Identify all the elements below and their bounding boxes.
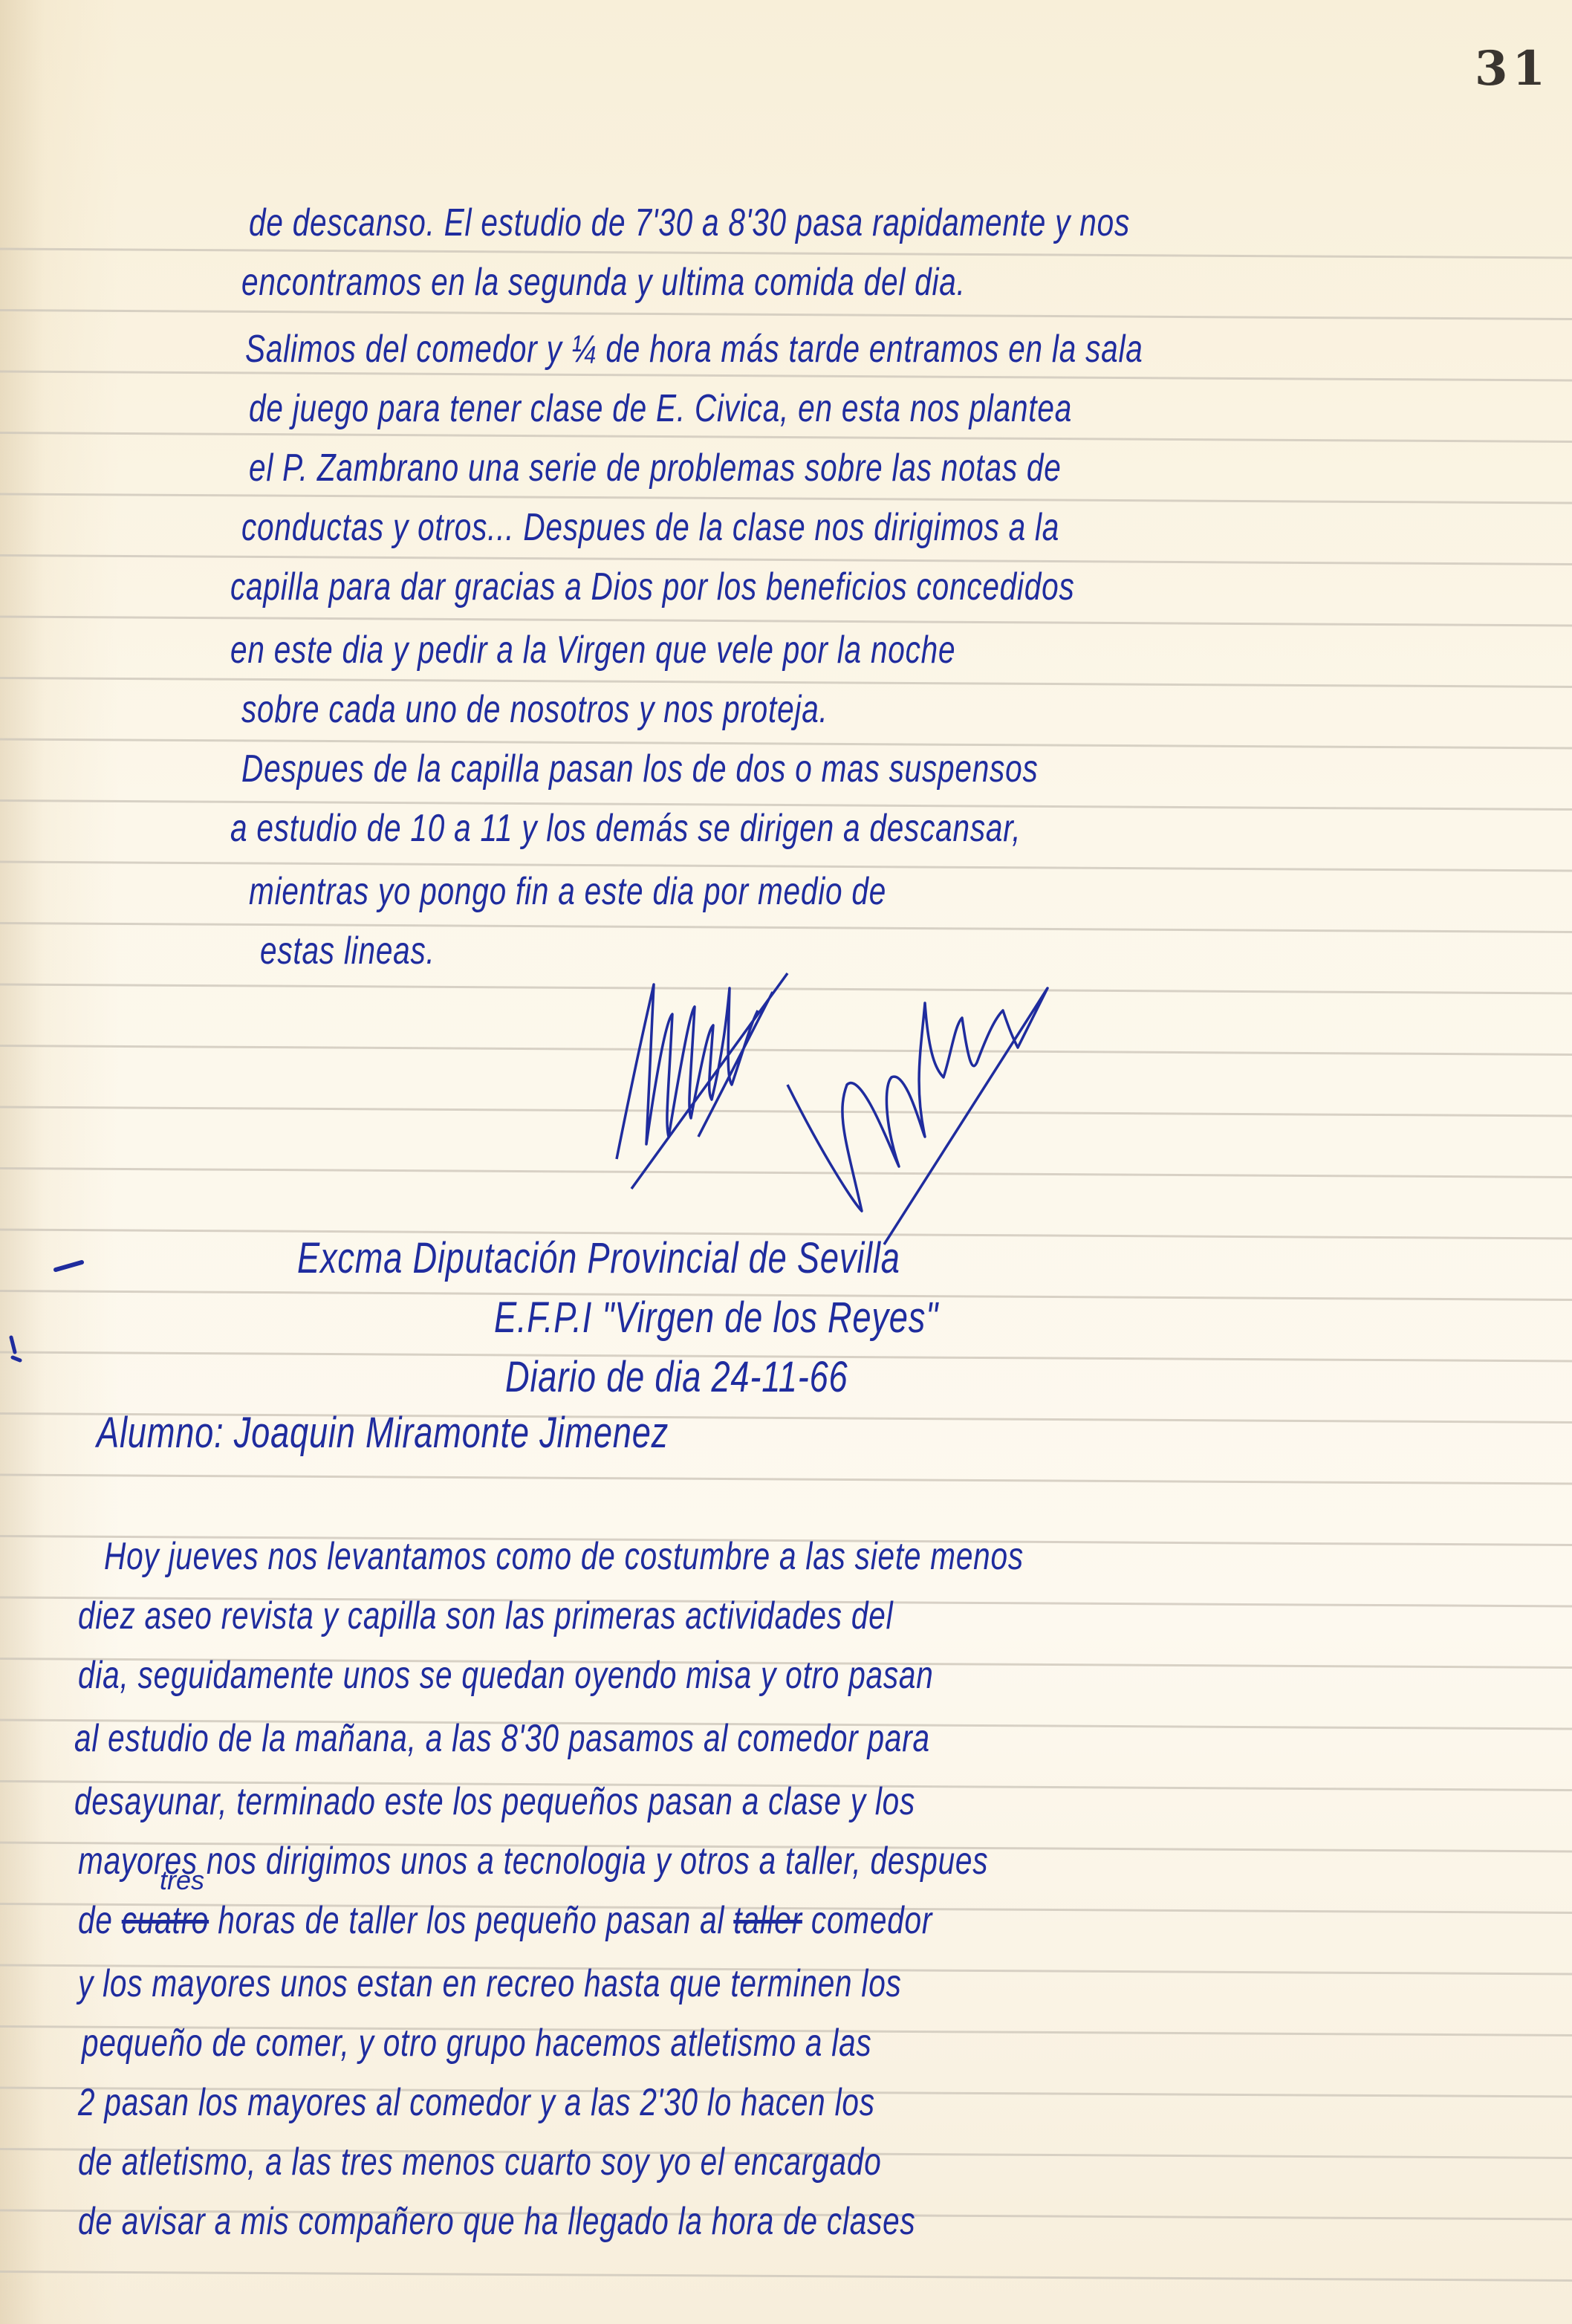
text-line: Hoy jueves nos levantamos como de costum… (104, 1534, 1024, 1579)
text-line: mientras yo pongo fin a este dia por med… (249, 869, 886, 914)
text-line: de avisar a mis compañero que ha llegado… (78, 2199, 915, 2244)
text-line: desayunar, terminado este los pequeños p… (74, 1779, 915, 1824)
ink-mark (52, 1259, 89, 1274)
text-line: al estudio de la mañana, a las 8'30 pasa… (74, 1716, 930, 1761)
inserted-correction: tres (160, 1865, 204, 1896)
text-line: pequeño de comer, y otro grupo hacemos a… (82, 2021, 871, 2065)
crossed-out-word: taller (733, 1899, 802, 1942)
text-line: conductas y otros... Despues de la clase… (241, 505, 1059, 550)
text-line: el P. Zambrano una serie de problemas so… (249, 446, 1062, 490)
text-line: 2 pasan los mayores al comedor y a las 2… (78, 2080, 875, 2125)
text-line: y los mayores unos estan en recreo hasta… (78, 1961, 902, 2006)
text-line: diez aseo revista y capilla son las prim… (78, 1594, 893, 1638)
text-fragment: de (78, 1899, 122, 1942)
ink-mark (4, 1334, 26, 1363)
text-line: en este dia y pedir a la Virgen que vele… (230, 628, 955, 672)
diary-date: Diario de dia 24-11-66 (505, 1352, 848, 1402)
institution-name: Excma Diputación Provincial de Sevilla (297, 1233, 900, 1283)
text-line: Salimos del comedor y ¼ de hora más tard… (245, 327, 1143, 371)
text-line: de juego para tener clase de E. Civica, … (249, 386, 1072, 431)
crossed-out-word: cuatro (122, 1899, 209, 1942)
text-line: dia, seguidamente unos se quedan oyendo … (78, 1653, 934, 1698)
text-line: capilla para dar gracias a Dios por los … (230, 565, 1075, 609)
text-fragment: comedor (802, 1899, 932, 1942)
diary-page: 31 de descanso. El estudio de 7'30 a 8'3… (0, 0, 1572, 2324)
school-name: E.F.P.I "Virgen de los Reyes" (494, 1293, 938, 1343)
signature-2 (773, 966, 1085, 1248)
text-line-with-corrections: de cuatro horas de taller los pequeño pa… (78, 1898, 932, 1943)
text-line: a estudio de 10 a 11 y los demás se diri… (230, 806, 1021, 851)
text-line: de atletismo, a las tres menos cuarto so… (78, 2140, 882, 2184)
page-number: 31 (1475, 41, 1550, 97)
text-line: estas lineas. (260, 929, 435, 973)
student-name: Alumno: Joaquin Miramonte Jimenez (97, 1408, 669, 1458)
text-line: encontramos en la segunda y ultima comid… (241, 260, 966, 305)
text-fragment: horas de taller los pequeño pasan al (209, 1899, 733, 1942)
text-line: mayores nos dirigimos unos a tecnologia … (78, 1839, 988, 1883)
text-line: de descanso. El estudio de 7'30 a 8'30 p… (249, 201, 1130, 245)
text-line: Despues de la capilla pasan los de dos o… (241, 747, 1039, 791)
text-line: sobre cada uno de nosotros y nos proteja… (241, 687, 828, 732)
